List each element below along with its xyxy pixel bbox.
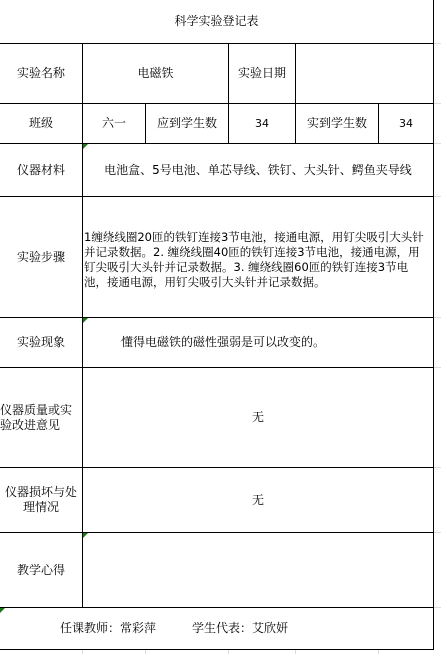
class-value: 六一 — [102, 116, 126, 131]
steps-label-cell[interactable]: 实验步骤 — [0, 197, 82, 317]
teacher-signature: 任课教师：常彩萍 — [60, 621, 156, 636]
damage-label-cell[interactable]: 仪器损坏与处 理情况 — [0, 468, 82, 532]
materials-value: 电池盒、5号电池、单芯导线、铁钉、大头针、鳄鱼夹导线 — [104, 163, 412, 178]
actual-students-value: 34 — [399, 116, 413, 131]
phenomenon-value: 懂得电磁铁的磁性强弱是可以改变的。 — [121, 335, 325, 350]
damage-value: 无 — [252, 493, 264, 508]
phenomenon-cell[interactable]: 懂得电磁铁的磁性强弱是可以改变的。 — [83, 318, 433, 367]
actual-students-cell[interactable]: 34 — [379, 104, 433, 143]
experiment-name-value: 电磁铁 — [137, 66, 173, 81]
sheet-title-text: 科学实验登记表 — [174, 14, 258, 29]
experiment-name-label: 实验名称 — [17, 66, 65, 81]
class-label-cell[interactable]: 班级 — [0, 104, 82, 143]
reflection-cell[interactable] — [83, 533, 433, 607]
experiment-name-cell[interactable]: 电磁铁 — [83, 44, 228, 103]
class-value-cell[interactable]: 六一 — [83, 104, 145, 143]
footer-cell[interactable]: 任课教师：常彩萍 学生代表：艾欣妍 — [0, 608, 433, 649]
reflection-label-cell[interactable]: 教学心得 — [0, 533, 82, 607]
quality-value: 无 — [252, 410, 264, 425]
materials-label: 仪器材料 — [17, 163, 65, 178]
quality-label-line1: 仪器质量或实 — [0, 403, 72, 418]
quality-label-cell[interactable]: 仪器质量或实 验改进意见 — [0, 368, 82, 467]
experiment-name-label-cell[interactable]: 实验名称 — [0, 44, 82, 103]
damage-label-line2: 理情况 — [23, 500, 59, 515]
materials-label-cell[interactable]: 仪器材料 — [0, 144, 82, 196]
sheet-title[interactable]: 科学实验登记表 — [0, 0, 433, 43]
reflection-label: 教学心得 — [17, 563, 65, 578]
expected-students-cell[interactable]: 34 — [229, 104, 295, 143]
experiment-date-label: 实验日期 — [238, 66, 286, 81]
class-label: 班级 — [29, 116, 53, 131]
quality-cell[interactable]: 无 — [83, 368, 433, 467]
experiment-date-cell[interactable] — [296, 44, 433, 103]
materials-cell[interactable]: 电池盒、5号电池、单芯导线、铁钉、大头针、鳄鱼夹导线 — [83, 144, 433, 196]
experiment-date-label-cell[interactable]: 实验日期 — [229, 44, 295, 103]
actual-students-label-cell[interactable]: 实到学生数 — [296, 104, 378, 143]
expected-students-label-cell[interactable]: 应到学生数 — [146, 104, 228, 143]
actual-students-label: 实到学生数 — [307, 116, 367, 131]
phenomenon-label-cell[interactable]: 实验现象 — [0, 318, 82, 367]
quality-label-line2: 验改进意见 — [0, 418, 60, 433]
damage-label-line1: 仪器损坏与处 — [5, 485, 77, 500]
expected-students-value: 34 — [255, 116, 269, 131]
phenomenon-label: 实验现象 — [17, 335, 65, 350]
damage-cell[interactable]: 无 — [83, 468, 433, 532]
steps-value: 1缠绕线圈20匝的铁钉连接3节电池，接通电源，用钉尖吸引大头针并记录数据。2. … — [84, 230, 430, 290]
steps-label: 实验步骤 — [17, 250, 65, 265]
expected-students-label: 应到学生数 — [157, 116, 217, 131]
student-rep-signature: 学生代表：艾欣妍 — [192, 621, 288, 636]
